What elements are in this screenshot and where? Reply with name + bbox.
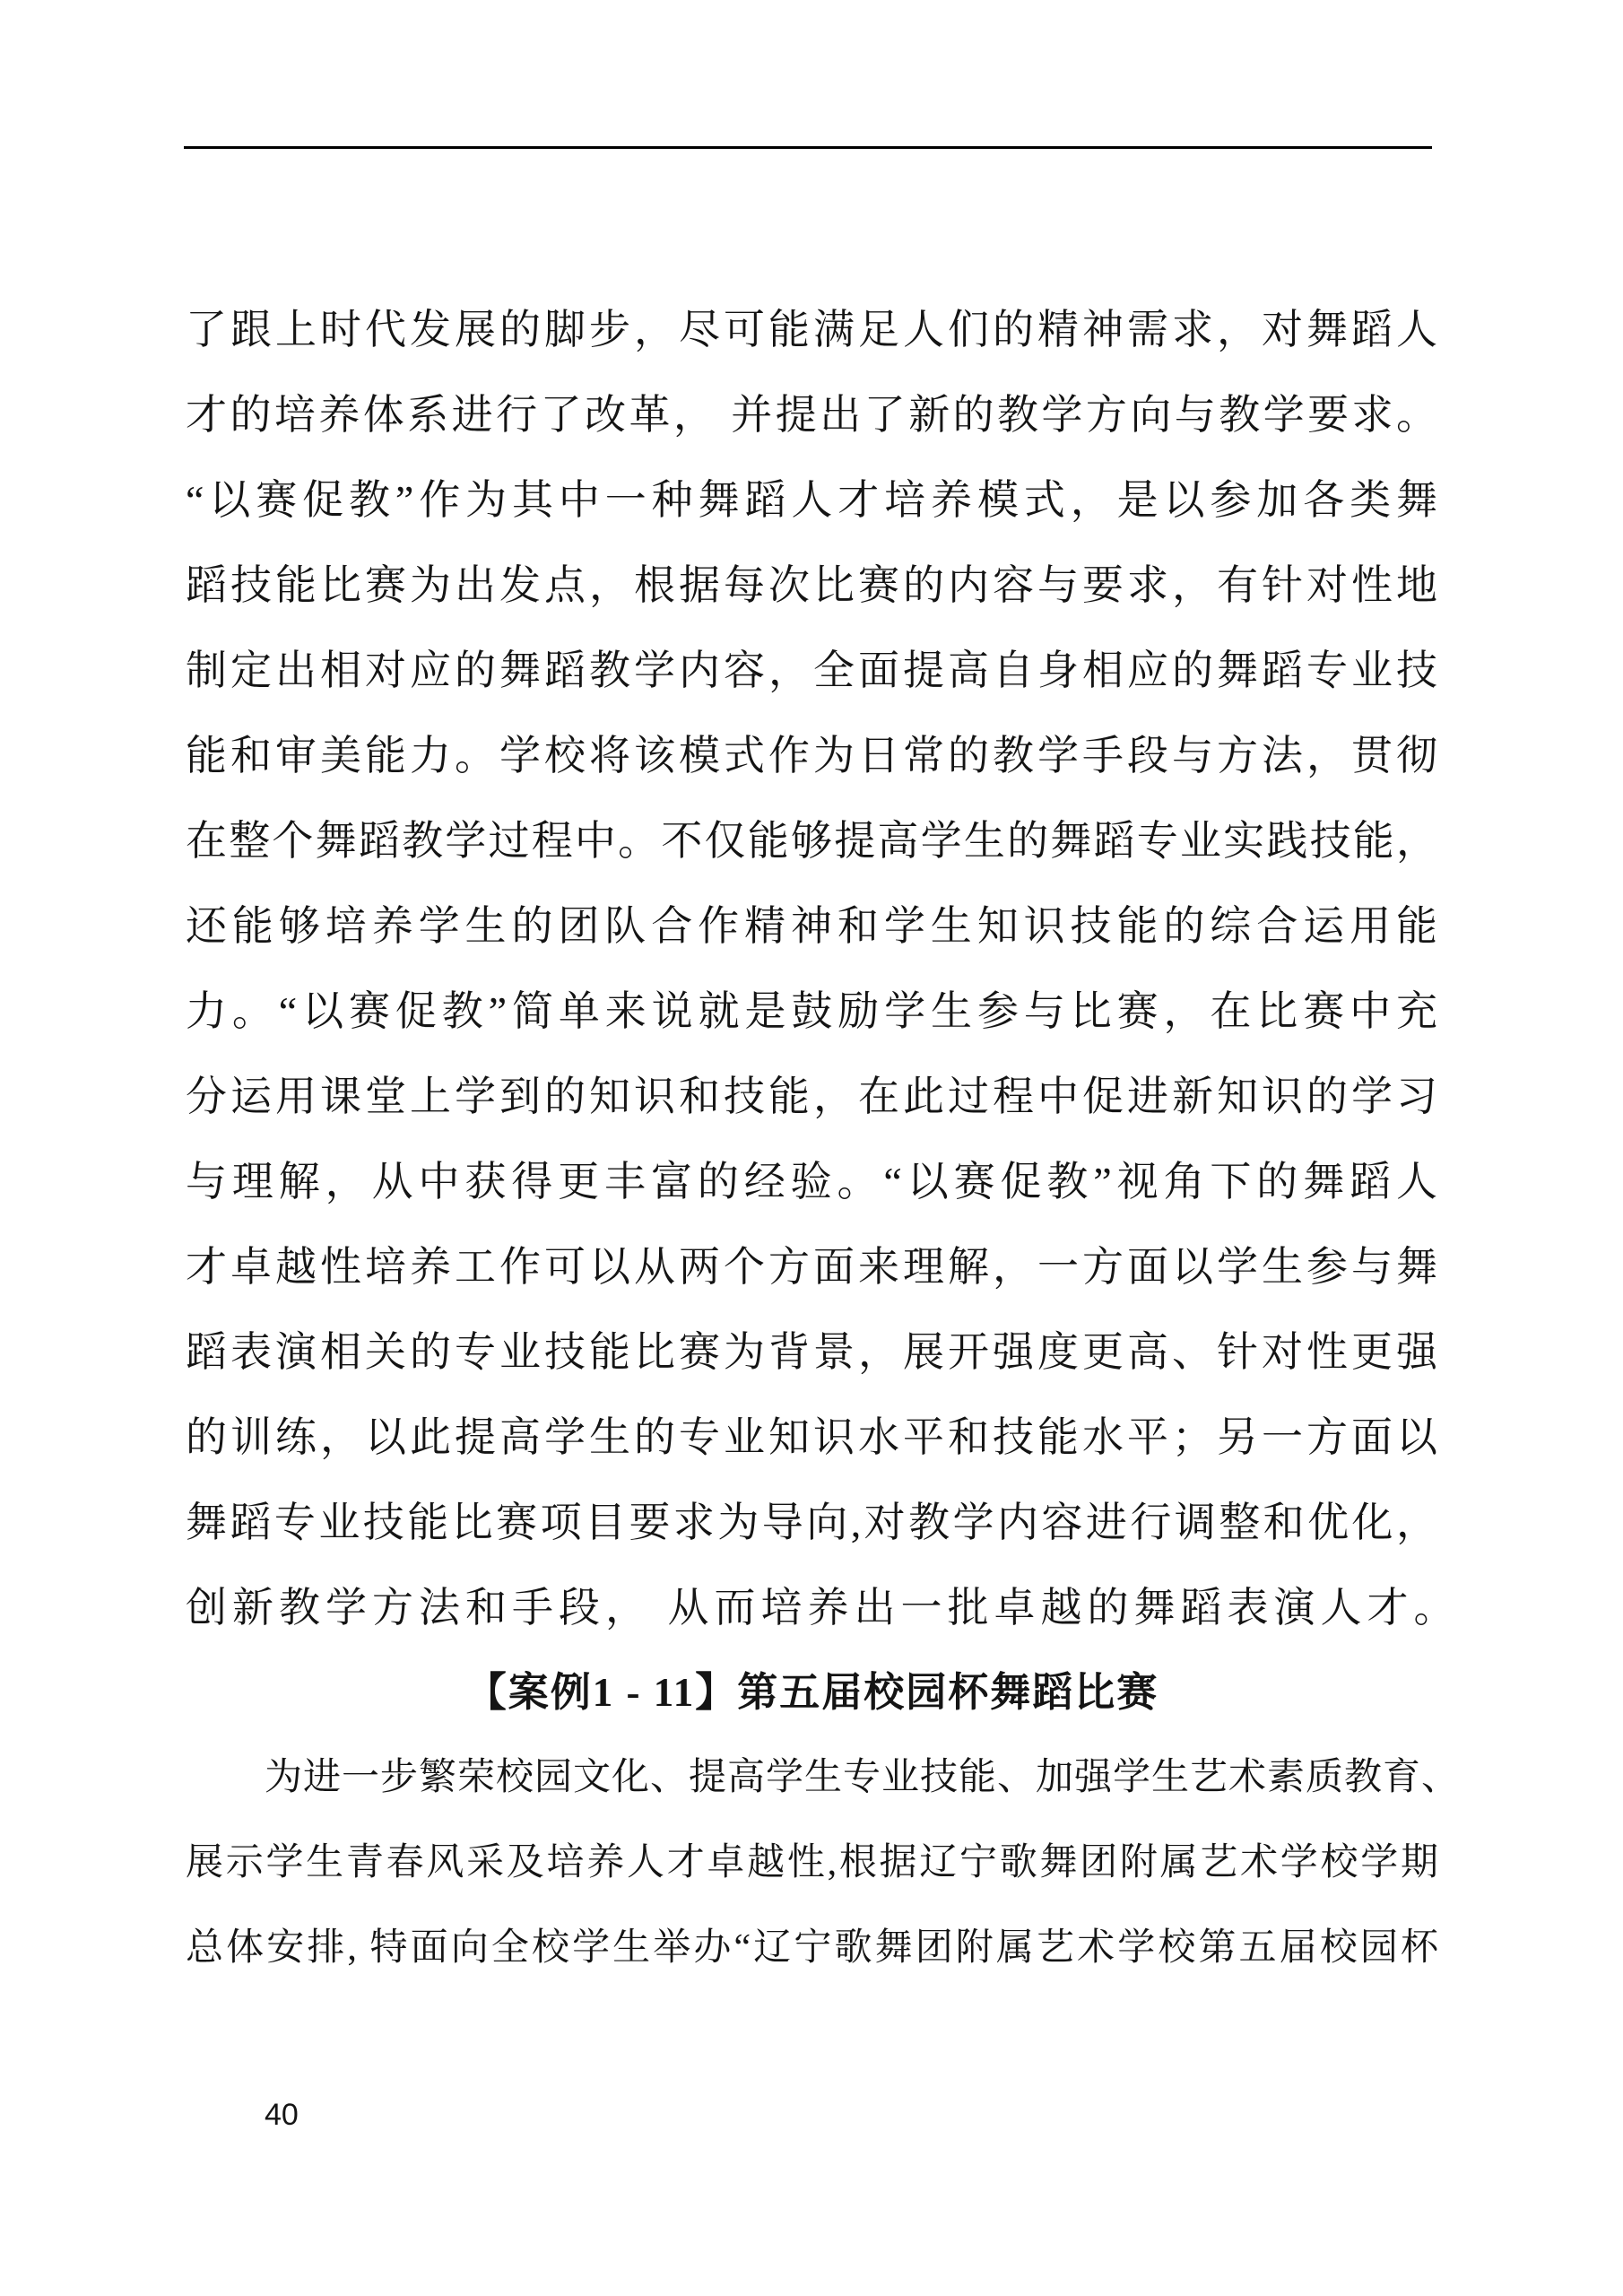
body-line: 创新教学方法和手段， 从而培养出一批卓越的舞蹈表演人才。 <box>186 1565 1439 1650</box>
body-line: 与理解，从中获得更丰富的经验。“以赛促教”视角下的舞蹈人 <box>186 1139 1439 1224</box>
header-rule <box>184 146 1432 149</box>
body-paragraph: 了跟上时代发展的脚步，尽可能满足人们的精神需求，对舞蹈人 才的培养体系进行了改革… <box>186 287 1439 1650</box>
body-line: 才卓越性培养工作可以从两个方面来理解，一方面以学生参与舞 <box>186 1224 1439 1309</box>
page-content: 了跟上时代发展的脚步，尽可能满足人们的精神需求，对舞蹈人 才的培养体系进行了改革… <box>186 287 1439 1991</box>
case-heading: 【案例1 - 11】第五届校园杯舞蹈比赛 <box>186 1650 1439 1735</box>
case-line: 展示学生青春风采及培养人才卓越性,根据辽宁歌舞团附属艺术学校学期 <box>186 1821 1439 1906</box>
case-line: 为进一步繁荣校园文化、提高学生专业技能、加强学生艺术素质教育、 <box>186 1735 1439 1821</box>
body-line: 的训练，以此提高学生的专业知识水平和技能水平；另一方面以 <box>186 1395 1439 1480</box>
body-line: “以赛促教”作为其中一种舞蹈人才培养模式，是以参加各类舞 <box>186 457 1439 543</box>
body-line: 蹈技能比赛为出发点，根据每次比赛的内容与要求，有针对性地 <box>186 543 1439 628</box>
case-line: 总体安排, 特面向全校学生举办“辽宁歌舞团附属艺术学校第五届校园杯 <box>186 1906 1439 1991</box>
page-number: 40 <box>265 2097 299 2133</box>
body-line: 能和审美能力。学校将该模式作为日常的教学手段与方法，贯彻 <box>186 713 1439 798</box>
body-line: 制定出相对应的舞蹈教学内容，全面提高自身相应的舞蹈专业技 <box>186 628 1439 713</box>
body-line: 才的培养体系进行了改革， 并提出了新的教学方向与教学要求。 <box>186 372 1439 457</box>
body-line: 还能够培养学生的团队合作精神和学生知识技能的综合运用能 <box>186 883 1439 969</box>
body-line: 分运用课堂上学到的知识和技能，在此过程中促进新知识的学习 <box>186 1054 1439 1139</box>
body-line: 蹈表演相关的专业技能比赛为背景，展开强度更高、针对性更强 <box>186 1309 1439 1395</box>
body-line: 在整个舞蹈教学过程中。不仅能够提高学生的舞蹈专业实践技能， <box>186 798 1439 883</box>
body-line: 舞蹈专业技能比赛项目要求为导向,对教学内容进行调整和优化， <box>186 1480 1439 1565</box>
case-paragraph: 为进一步繁荣校园文化、提高学生专业技能、加强学生艺术素质教育、 展示学生青春风采… <box>186 1735 1439 1991</box>
document-page: 了跟上时代发展的脚步，尽可能满足人们的精神需求，对舞蹈人 才的培养体系进行了改革… <box>0 0 1623 2296</box>
body-line: 力。“以赛促教”简单来说就是鼓励学生参与比赛，在比赛中充 <box>186 969 1439 1054</box>
body-line: 了跟上时代发展的脚步，尽可能满足人们的精神需求，对舞蹈人 <box>186 287 1439 372</box>
